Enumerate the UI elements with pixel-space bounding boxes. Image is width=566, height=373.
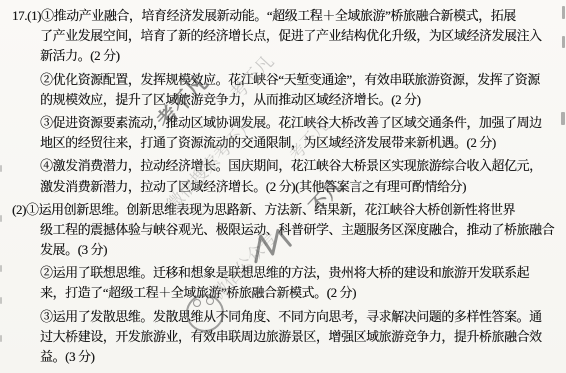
scan-artifact [562, 6, 565, 19]
answer-line: ③促进资源要素流动，推动区域协调发展。花江峡谷大桥改善了区域交通条件，加强了周边 [40, 113, 560, 133]
answer-paragraph-2-3: ③运用了发散思维。发散思维从不同角度、不同方向思考，寻求解决问题的多样性答案。通… [40, 307, 560, 368]
scan-artifact [561, 112, 565, 125]
answer-line: 益。(3 分) [40, 347, 560, 367]
answer-line: 了产业发展空间，培育了新的经济增长点，促进了产业结构优化升级，为区域经济发展注入 [40, 26, 560, 46]
answer-text-block: 17.(1)①推动产业融合，培育经济发展新动能。“超级工程＋全域旅游”桥旅融合新… [40, 6, 560, 370]
answer-paragraph-2-2: ②运用了联想思维。迁移和想象是联想思维的方法，贵州将大桥的建设和旅游开发联系起 … [40, 263, 560, 303]
scan-artifact [0, 297, 2, 304]
answer-paragraph-1-4: ④激发消费潜力，拉动经济增长。国庆期间，花江峡谷大桥景区实现旅游综合收入超亿元，… [40, 156, 560, 196]
answer-line: 发展。(3 分) [40, 240, 560, 260]
scan-artifact [0, 215, 2, 222]
answer-line: 新活力。(2 分) [40, 46, 560, 66]
answer-line: 地区的经贸往来，打通了资源流动的交通限制，为区域经济发展带来新机遇。(2 分) [40, 133, 560, 153]
answer-line: ④激发消费潜力，拉动经济增长。国庆期间，花江峡谷大桥景区实现旅游综合收入超亿元， [40, 156, 560, 176]
scan-artifact [0, 165, 2, 172]
answer-line: ③运用了发散思维。发散思维从不同角度、不同方向思考，寻求解决问题的多样性答案。通 [40, 307, 560, 327]
answer-paragraph-2-1: (2)①运用创新思维。创新思维表现为思路新、方法新、结果新，花江峡谷大桥创新性将… [40, 200, 560, 261]
answer-line: (2)①运用创新思维。创新思维表现为思路新、方法新、结果新，花江峡谷大桥创新性将… [12, 200, 560, 220]
answer-paragraph-1-1: 17.(1)①推动产业融合，培育经济发展新动能。“超级工程＋全域旅游”桥旅融合新… [40, 6, 560, 67]
scan-artifact [0, 265, 2, 272]
answer-line: 的规模效应，提升了区域旅游竞争力，从而推动区域经济增长。(2 分) [40, 90, 560, 110]
scan-artifact [0, 335, 2, 342]
scan-artifact [562, 36, 565, 48]
answer-paragraph-1-2: ②优化资源配置，发挥规模效应。花江峡谷“天堑变通途”，有效串联旅游资源，发挥了资… [40, 70, 560, 110]
answer-line: 激发消费新潜力，拉动了区域经济增长。(2 分)(其他答案言之有理可酌情给分) [40, 177, 560, 197]
answer-line: 过大桥建设，开发旅游业，有效串联周边旅游景区，增强区域旅游竞争力，提升桥旅融合效 [40, 327, 560, 347]
answer-line: ②运用了联想思维。迁移和想象是联想思维的方法，贵州将大桥的建设和旅游开发联系起 [40, 263, 560, 283]
answer-line: 来，打造了“超级工程＋全域旅游”桥旅融合新模式。(2 分) [40, 283, 560, 303]
answer-line: ②优化资源配置，发挥规模效应。花江峡谷“天堑变通途”，有效串联旅游资源，发挥了资… [40, 70, 560, 90]
answer-paragraph-1-3: ③促进资源要素流动，推动区域协调发展。花江峡谷大桥改善了区域交通条件，加强了周边… [40, 113, 560, 153]
answer-line: 17.(1)①推动产业融合，培育经济发展新动能。“超级工程＋全域旅游”桥旅融合新… [12, 6, 560, 26]
answer-line: 级工程的震撼体验与峡谷观光、极限运动、科普研学、主题服务区深度融合，推动了桥旅融… [40, 220, 560, 240]
scanned-answer-sheet: 17.(1)①推动产业融合，培育经济发展新动能。“超级工程＋全域旅游”桥旅融合新… [0, 0, 566, 373]
